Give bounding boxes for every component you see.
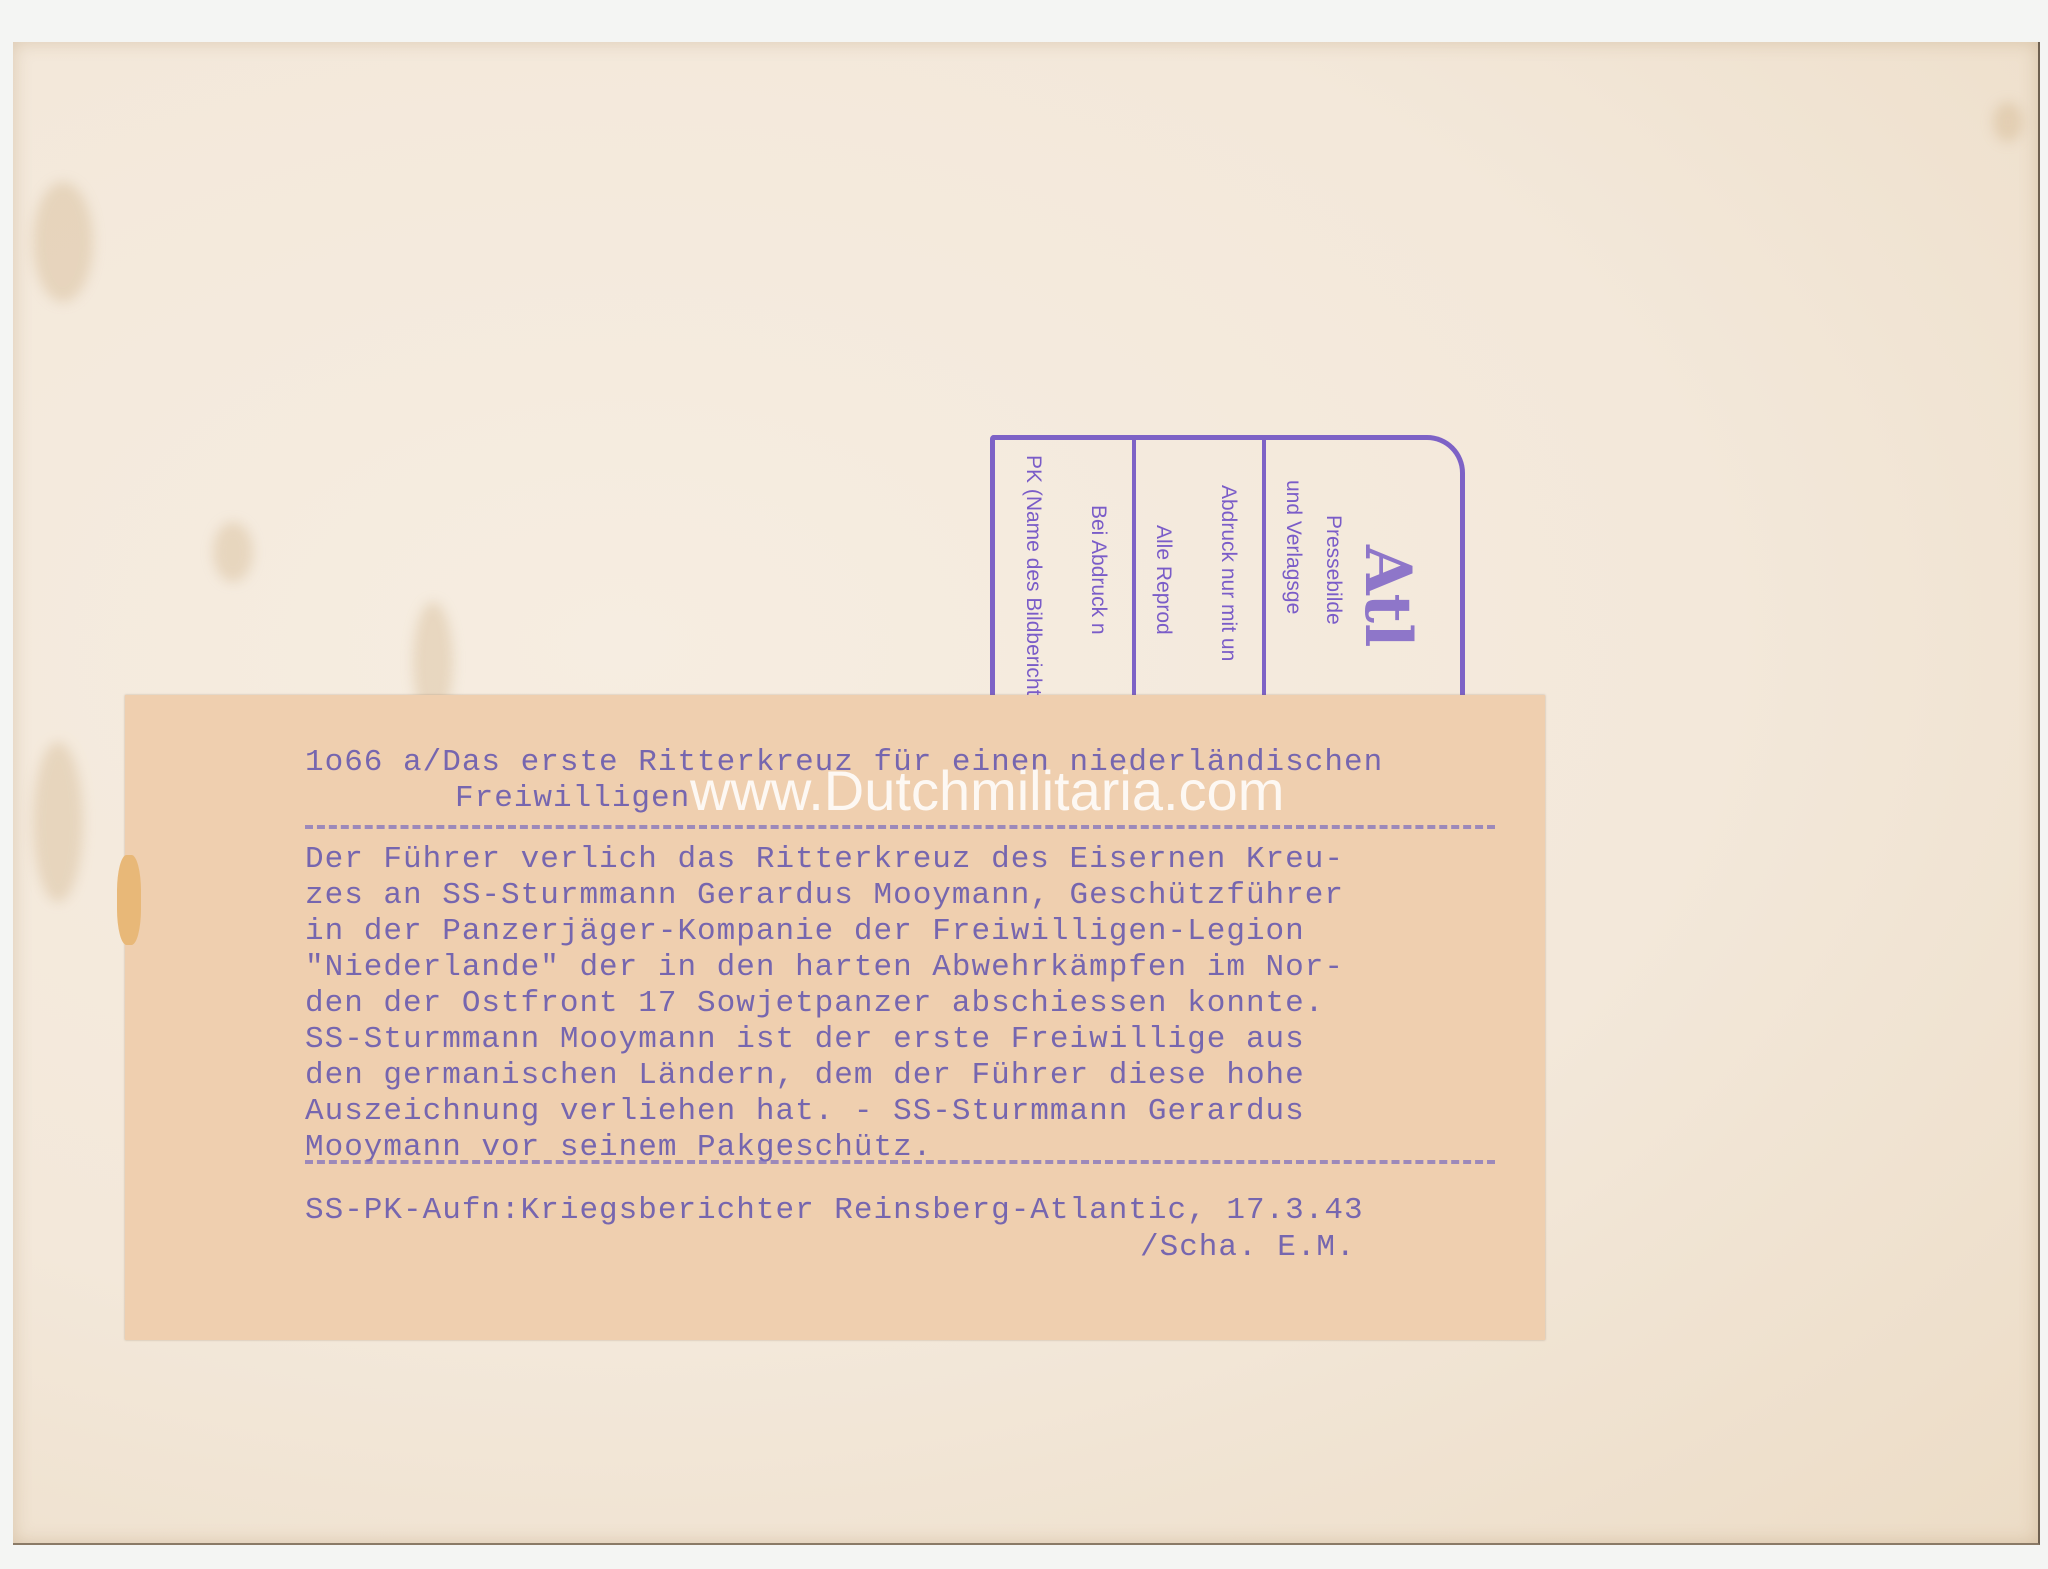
caption-body-line: in der Panzerjäger-Kompanie der Freiwill…: [305, 914, 1305, 950]
stain: [33, 182, 93, 302]
stain: [33, 742, 83, 902]
stamp-text: Alle Reprod: [1150, 525, 1176, 635]
caption-title-cont: Freiwilligen: [455, 781, 690, 817]
stamp-text: Pressebilde: [1320, 515, 1346, 625]
stamp-text: PK (Name des Bildberichters: [1020, 455, 1046, 725]
stamp-text: Abdruck nur mit un: [1215, 485, 1241, 661]
dashed-separator: [305, 1160, 1495, 1164]
caption-body-line: zes an SS-Sturmmann Gerardus Mooymann, G…: [305, 878, 1344, 914]
initials: /Scha. E.M.: [1140, 1230, 1356, 1266]
paper-tear: [117, 855, 141, 945]
stamp-text: und Verlagsge: [1280, 480, 1306, 614]
caption-body-line: Der Führer verlich das Ritterkreuz des E…: [305, 842, 1344, 878]
caption-body-line: "Niederlande" der in den harten Abwehrkä…: [305, 950, 1344, 986]
stamp-divider: [1132, 435, 1136, 695]
watermark: www.Dutchmilitaria.com: [690, 758, 1284, 823]
stain: [1993, 102, 2023, 142]
stamp-divider: [1262, 435, 1266, 695]
caption-body-line: SS-Sturmmann Mooymann ist der erste Frei…: [305, 1022, 1305, 1058]
publisher-stamp: PK (Name des Bildberichters Bei Abdruck …: [990, 435, 1465, 695]
stain: [213, 522, 253, 582]
stamp-logo: Atl: [1350, 545, 1425, 647]
caption-body-line: den der Ostfront 17 Sowjetpanzer abschie…: [305, 986, 1324, 1022]
credit-line: SS-PK-Aufn:Kriegsberichter Reinsberg-Atl…: [305, 1193, 1364, 1229]
stamp-text: Bei Abdruck n: [1085, 505, 1111, 635]
caption-body-line: den germanischen Ländern, dem der Führer…: [305, 1058, 1305, 1094]
dashed-separator: [305, 825, 1495, 829]
caption-body-line: Auszeichnung verliehen hat. - SS-Sturmma…: [305, 1094, 1305, 1130]
